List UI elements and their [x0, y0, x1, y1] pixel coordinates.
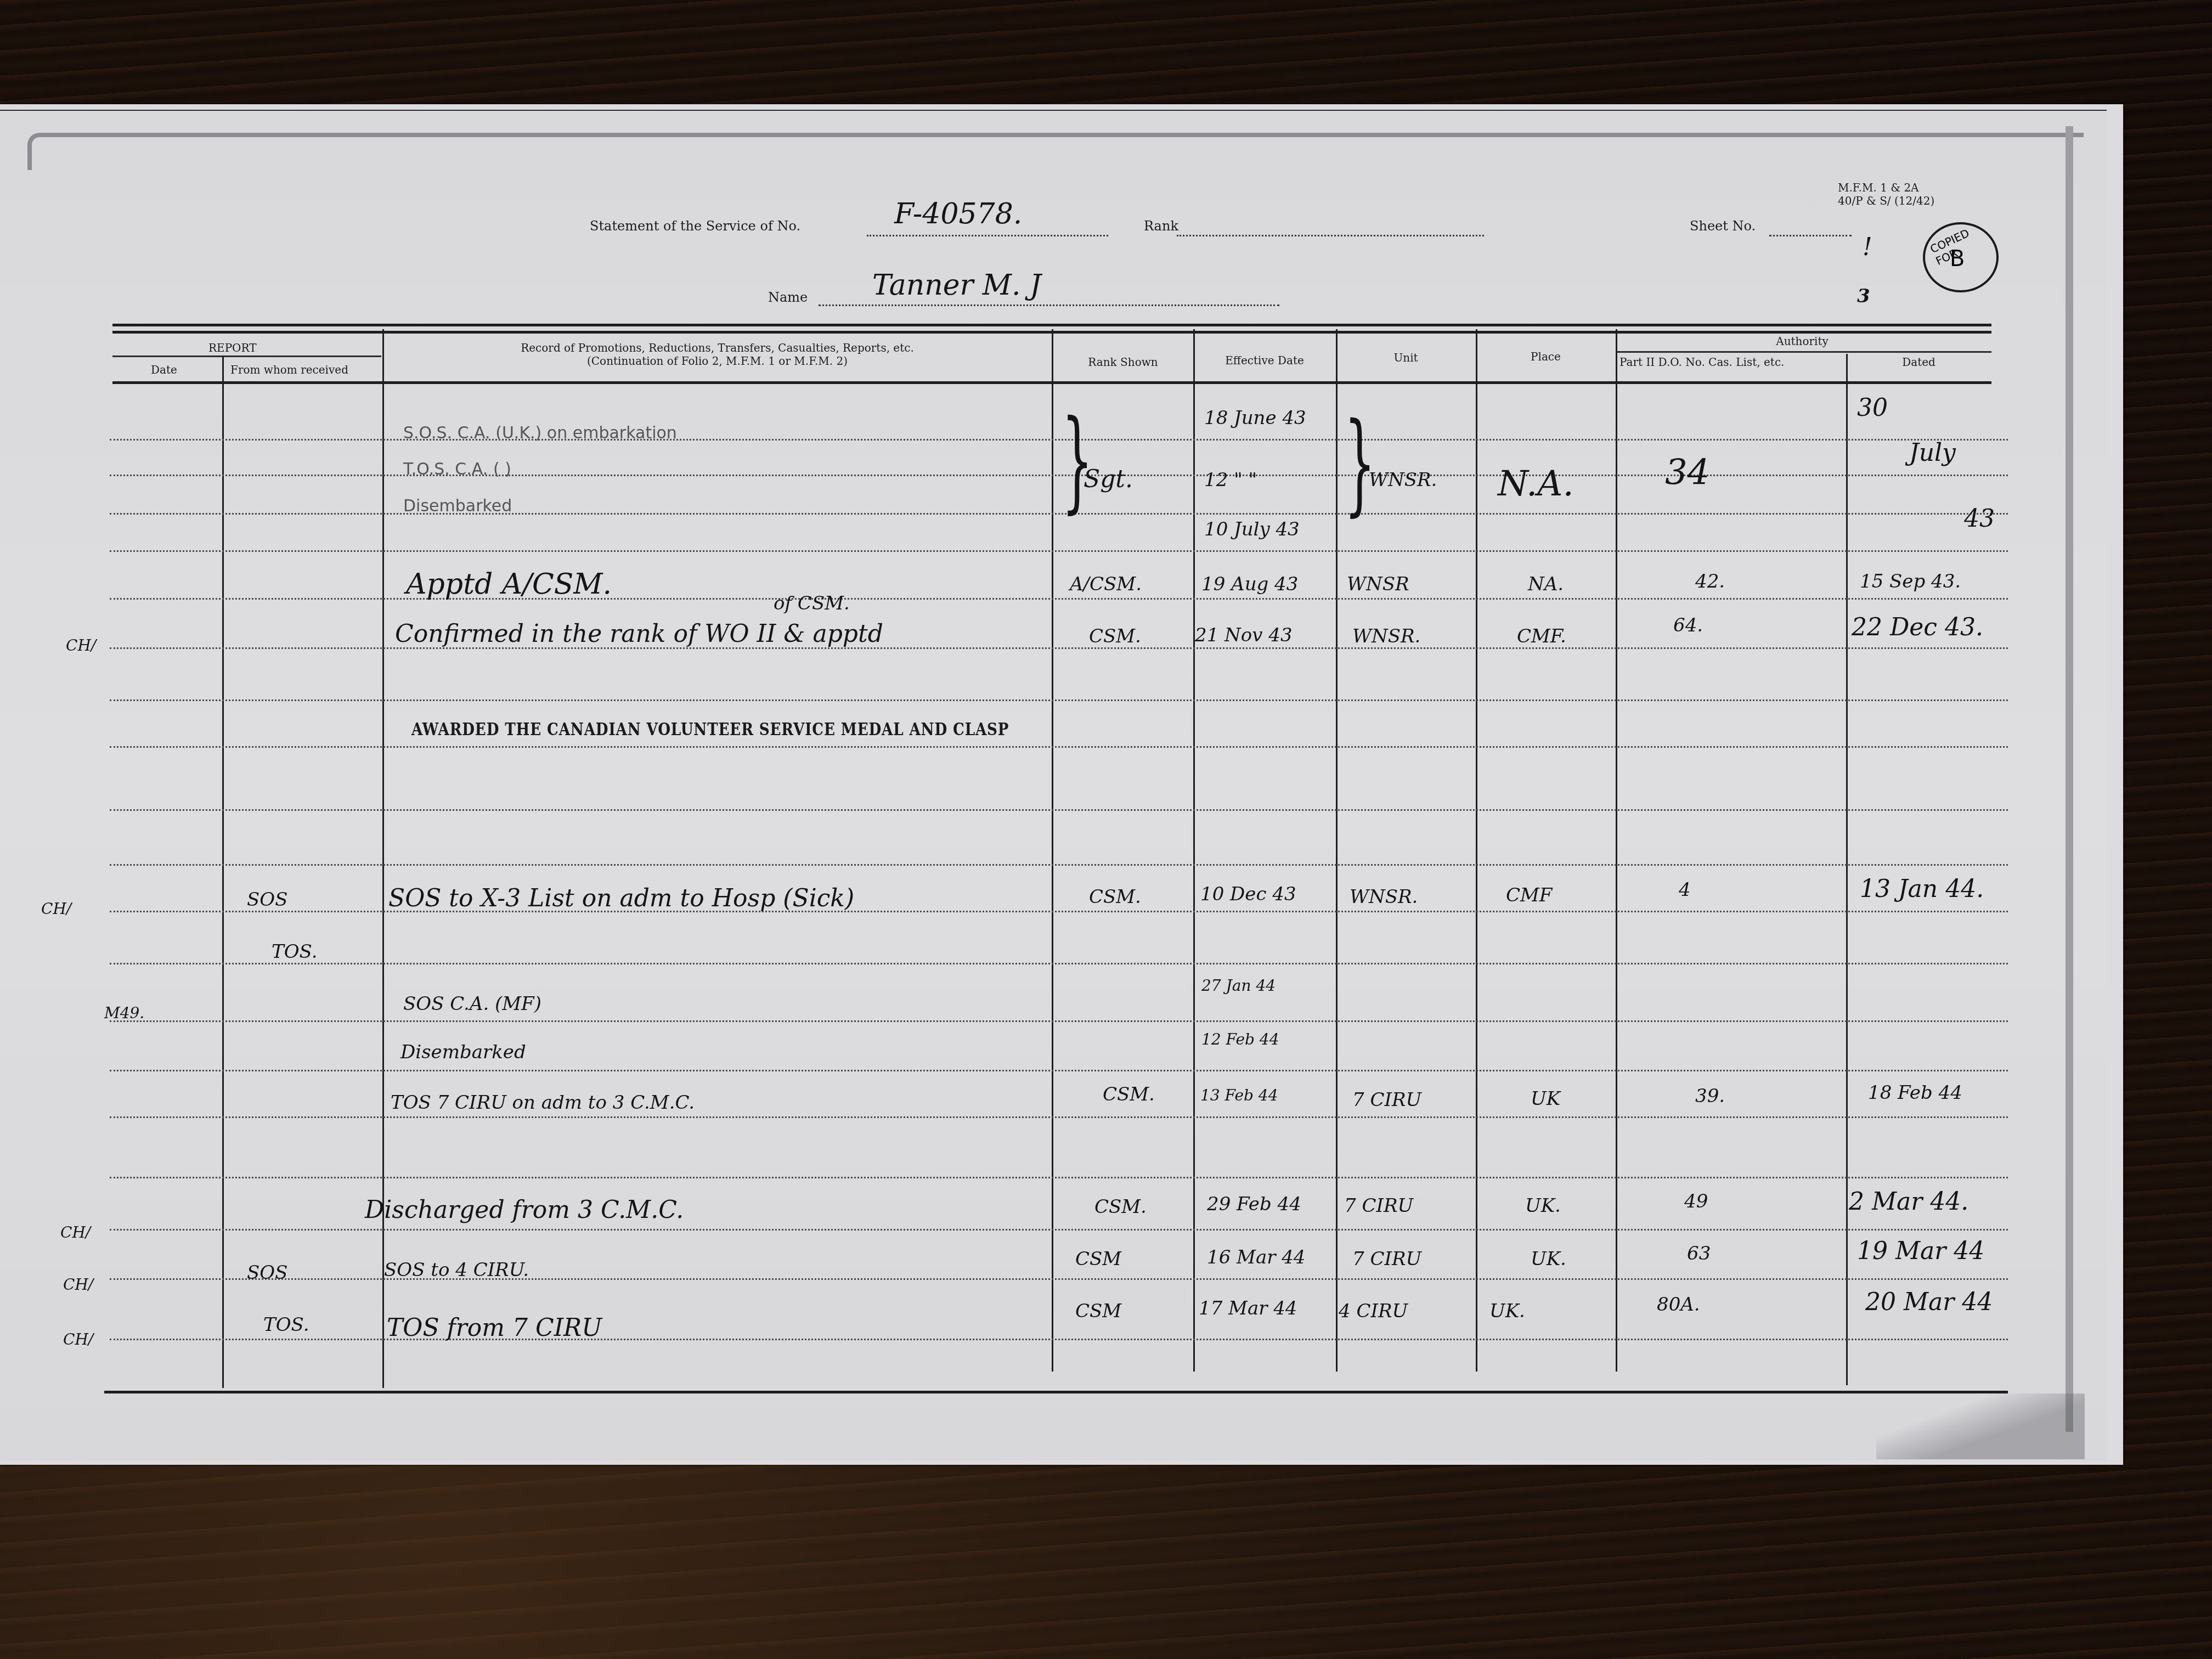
effective-value: 29 Feb 44 [1207, 1193, 1301, 1215]
unit-value: WNSR [1347, 573, 1409, 595]
margin-mark: CH/ [41, 900, 71, 918]
col-rule-record [1052, 329, 1053, 1372]
record-line: S.O.S. C.A. (U.K.) on embarkation [403, 424, 677, 443]
rank-label: Rank [1144, 218, 1178, 234]
table-bottom-rule [104, 1391, 2008, 1393]
header-from-whom: From whom received [230, 363, 348, 376]
row-guide [110, 1177, 2008, 1178]
page-frame-corner [27, 133, 2084, 170]
dated-value: 20 Mar 44 [1865, 1288, 1993, 1316]
unit-value: 4 CIRU [1339, 1300, 1408, 1322]
col-rule-place [1616, 329, 1617, 1372]
effective-line: 10 July 43 [1204, 518, 1300, 540]
record-value: Discharged from 3 C.M.C. [365, 1196, 684, 1224]
from-value: SOS [247, 1262, 287, 1284]
page-edge-shadow [2066, 126, 2073, 1432]
header-effective-date: Effective Date [1193, 354, 1336, 367]
record-line: T.O.S. C.A. ( ) [403, 460, 511, 479]
row-guide [110, 513, 2008, 515]
medal-award-banner: AWARDED THE CANADIAN VOLUNTEER SERVICE M… [411, 719, 1009, 740]
row-guide [110, 699, 2008, 701]
dated-line: 43 [1964, 505, 1995, 533]
unit-value: 7 CIRU [1352, 1089, 1421, 1111]
sheet-field [1769, 235, 1852, 236]
part2-value: 34 [1665, 453, 1709, 493]
dated-value: 13 Jan 44. [1860, 875, 1984, 903]
effective-value: 12 Feb 44 [1201, 1030, 1279, 1048]
part2-value: 64. [1673, 614, 1703, 636]
header-authority: Authority [1616, 335, 1989, 348]
report-subrule [112, 356, 381, 357]
part2-value: 4 [1679, 879, 1691, 901]
row-guide [110, 439, 2008, 441]
effective-value: 27 Jan 44 [1201, 977, 1276, 995]
rank-field [1177, 235, 1484, 236]
rank-value: CSM [1075, 1248, 1121, 1270]
rank-value: CSM. [1089, 886, 1141, 908]
header-date: Date [151, 363, 177, 376]
header-rank-shown: Rank Shown [1052, 356, 1194, 369]
dated-value: 15 Sep 43. [1860, 571, 1961, 592]
record-value: TOS from 7 CIRU [387, 1314, 602, 1342]
statement-label: Statement of the Service of No. [590, 218, 800, 234]
row-guide [110, 647, 2008, 649]
record-value: Apptd A/CSM. [406, 568, 612, 601]
form-code-line1: M.F.M. 1 & 2A [1838, 181, 1919, 194]
corner-mark-1: ! [1863, 233, 1872, 261]
place-value: CMF. [1517, 625, 1566, 647]
place-value: UK. [1531, 1248, 1566, 1270]
header-record-line2: (Continuation of Folio 2, M.F.M. 1 or M.… [384, 354, 1051, 368]
form-code-line2: 40/P & S/ (12/42) [1838, 194, 1934, 207]
header-dated: Dated [1846, 356, 1991, 369]
brace-icon: } [1062, 406, 1093, 516]
row-guide [110, 746, 2008, 748]
effective-value: 17 Mar 44 [1199, 1297, 1297, 1319]
record-line: Disembarked [403, 496, 512, 516]
dated-line: July [1909, 439, 1956, 467]
col-rule-effective [1336, 329, 1338, 1372]
row-guide [110, 809, 2008, 811]
col-rule-unit [1476, 329, 1477, 1372]
effective-value: 10 Dec 43 [1200, 883, 1296, 905]
margin-mark: CH/ [66, 636, 96, 654]
effective-line: 18 June 43 [1204, 407, 1306, 429]
row-guide [110, 1116, 2008, 1118]
rank-value: Sgt. [1084, 465, 1133, 493]
part2-value: 42. [1695, 571, 1725, 592]
header-unit: Unit [1336, 351, 1476, 364]
record-value: TOS 7 CIRU on adm to 3 C.M.C. [391, 1092, 695, 1114]
stamp-letter: B [1950, 246, 1965, 272]
row-guide [110, 1070, 2008, 1071]
effective-value: 16 Mar 44 [1207, 1246, 1305, 1268]
header-record-line1: Record of Promotions, Reductions, Transf… [384, 341, 1051, 354]
row-guide [110, 550, 2008, 552]
dated-line: 30 [1857, 394, 1888, 422]
margin-mark: CH/ [63, 1276, 93, 1294]
effective-value: 19 Aug 43 [1201, 573, 1298, 595]
effective-line: 12 " " [1204, 469, 1257, 491]
header-part2: Part II D.O. No. Cas. List, etc. [1620, 356, 1784, 369]
table-top-rule-1 [112, 324, 1991, 326]
copied-for-stamp: COPIED FOR B [1923, 222, 1999, 292]
hand-shadow [1876, 1393, 2085, 1459]
corner-mark-2: 3 [1857, 285, 1870, 307]
part2-value: 63 [1687, 1243, 1711, 1265]
row-guide [110, 1229, 2008, 1231]
from-value: TOS. [263, 1314, 309, 1336]
unit-value: 7 CIRU [1352, 1248, 1421, 1270]
service-number-field [867, 235, 1108, 236]
name-field [819, 304, 1279, 306]
unit-value: WNSR. [1352, 625, 1420, 647]
rank-value: CSM [1075, 1300, 1121, 1322]
row-guide [110, 475, 2008, 476]
record-value: SOS to X-3 List on adm to Hosp (Sick) [388, 884, 854, 912]
margin-mark: M49. [104, 1004, 144, 1022]
col-rule-rank [1193, 329, 1195, 1372]
sheet-label: Sheet No. [1690, 218, 1756, 234]
name-label: Name [768, 290, 808, 305]
effective-value: 21 Nov 43 [1195, 624, 1293, 646]
effective-value: 13 Feb 44 [1200, 1086, 1278, 1104]
rank-value: CSM. [1089, 625, 1141, 647]
service-number-value: F-40578. [894, 198, 1022, 230]
brace-icon: } [1344, 409, 1375, 518]
unit-value: 7 CIRU [1344, 1195, 1413, 1217]
unit-value: WNSR. [1350, 886, 1418, 908]
margin-mark: CH/ [63, 1330, 93, 1348]
record-value: Disembarked [400, 1041, 526, 1063]
margin-mark: CH/ [60, 1223, 91, 1242]
unit-value: WNSR. [1369, 469, 1437, 491]
row-guide [110, 1020, 2008, 1022]
part2-value: 80A. [1657, 1294, 1700, 1316]
dated-value: 22 Dec 43. [1852, 613, 1983, 641]
record-annotation: of CSM. [774, 592, 850, 614]
header-place: Place [1476, 350, 1616, 363]
dated-value: 19 Mar 44 [1857, 1237, 1984, 1265]
place-value: UK [1531, 1088, 1560, 1110]
part2-value: 39. [1695, 1085, 1725, 1107]
place-value: NA. [1528, 573, 1564, 595]
part2-value: 49 [1684, 1190, 1708, 1212]
dated-value: 2 Mar 44. [1849, 1188, 1968, 1216]
record-value: SOS C.A. (MF) [403, 993, 541, 1015]
place-value: UK. [1525, 1195, 1561, 1217]
rank-value: CSM. [1103, 1084, 1155, 1105]
header-report: REPORT [208, 341, 257, 354]
place-value: UK. [1489, 1300, 1525, 1322]
rank-value: A/CSM. [1070, 573, 1142, 595]
row-guide [110, 864, 2008, 866]
from-value: TOS. [272, 941, 317, 963]
record-value: Confirmed in the rank of WO II & apptd [395, 620, 883, 648]
name-value: Tanner M. J [872, 269, 1041, 302]
place-value: N.A. [1498, 464, 1574, 504]
from-value: SOS [247, 889, 287, 911]
rank-value: CSM. [1094, 1196, 1147, 1218]
authority-subrule [1616, 351, 1991, 353]
dated-value: 18 Feb 44 [1868, 1082, 1962, 1104]
record-value: SOS to 4 CIRU. [384, 1259, 529, 1281]
row-guide [110, 598, 2008, 600]
place-value: CMF [1506, 884, 1552, 906]
col-rule-part2 [1846, 354, 1848, 1385]
service-record-sheet [0, 110, 2107, 1460]
row-guide [110, 963, 2008, 964]
col-rule-date [222, 357, 224, 1388]
